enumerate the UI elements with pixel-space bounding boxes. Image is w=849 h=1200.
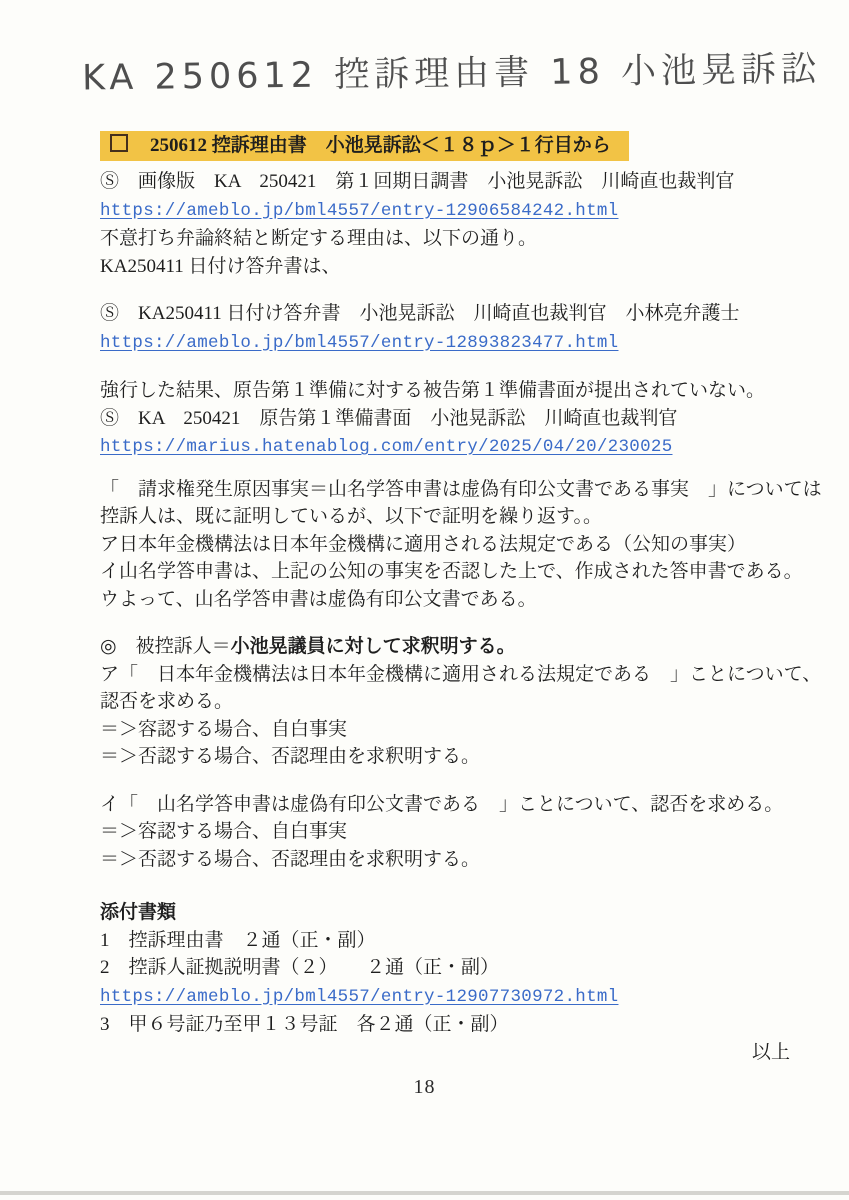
spacer [100, 462, 806, 476]
link-hatenablog-230025[interactable]: https://marius.hatenablog.com/entry/2025… [100, 437, 673, 457]
checkbox-icon [110, 134, 128, 152]
body-line: ＝＞否認する場合、否認理由を求釈明する。 [100, 846, 806, 874]
link-entry-12907730972[interactable]: https://ameblo.jp/bml4557/entry-12907730… [100, 987, 618, 1007]
handwritten-note: KA 250612 控訴理由書 18 小池晃訴訟 [82, 41, 821, 100]
body-line: 「 請求権発生原因事実＝山名学答申書は虚偽有印公文書である事実 」については [100, 476, 806, 504]
body-line: 不意打ち弁論終結と断定する理由は、以下の通り。 [100, 225, 806, 253]
body-line: ＝＞容認する場合、自白事実 [100, 716, 806, 744]
body-line: 強行した結果、原告第１準備に対する被告第１準備書面が提出されていない。 [100, 377, 806, 405]
attachments-heading: 添付書類 [100, 899, 806, 927]
spacer [100, 873, 806, 899]
attachment-item-3: 3 甲６号証乃至甲１３号証 各２通（正・副） [100, 1011, 806, 1039]
link-entry-12893823477[interactable]: https://ameblo.jp/bml4557/entry-12893823… [100, 333, 618, 353]
highlighted-title-bar: 250612 控訴理由書 小池晃訴訟＜１８ｐ＞１行目から [100, 131, 629, 161]
highlighted-title: 250612 控訴理由書 小池晃訴訟＜１８ｐ＞１行目から [150, 135, 611, 156]
body-line: ア日本年金機構法は日本年金機構に適用される法規定である（公知の事実） [100, 531, 806, 559]
spacer [100, 771, 806, 791]
reference-line-2: Ⓢ KA250411 日付け答弁書 小池晃訴訟 川崎直也裁判官 小林亮弁護士 [100, 300, 806, 328]
attachment-item-2: 2 控訴人証拠説明書（２） ２通（正・副） [100, 954, 806, 982]
body-line: 控訴人は、既に証明しているが、以下で証明を繰り返す。。 [100, 503, 806, 531]
link-entry-12906584242[interactable]: https://ameblo.jp/bml4557/entry-12906584… [100, 201, 618, 221]
demand-lead: ◎ 被控訴人＝ [100, 636, 231, 657]
body-line: ウよって、山名学答申書は虚偽有印公文書である。 [100, 586, 806, 614]
scanned-document-page: KA 250612 控訴理由書 18 小池晃訴訟 250612 控訴理由書 小池… [0, 0, 849, 1200]
reference-line-1: Ⓢ 画像版 KA 250421 第１回期日調書 小池晃訴訟 川崎直也裁判官 [100, 168, 806, 196]
body-line: ＝＞否認する場合、否認理由を求釈明する。 [100, 743, 806, 771]
spacer [100, 280, 806, 300]
spacer [100, 613, 806, 633]
body-line: ＝＞容認する場合、自白事実 [100, 818, 806, 846]
demand-lead-bold: 小池晃議員に対して求釈明する。 [231, 636, 516, 657]
body-line: 認否を求める。 [100, 688, 806, 716]
scan-edge-artifact [0, 1191, 849, 1195]
spacer [100, 357, 806, 377]
reference-line-3: Ⓢ KA 250421 原告第１準備書面 小池晃訴訟 川崎直也裁判官 [100, 405, 806, 433]
body-line: KA250411 日付け答弁書は、 [100, 253, 806, 281]
body-line: イ「 山名学答申書は虚偽有印公文書である 」ことについて、認否を求める。 [100, 791, 806, 819]
document-body: 250612 控訴理由書 小池晃訴訟＜１８ｐ＞１行目から Ⓢ 画像版 KA 25… [100, 131, 806, 1066]
attachment-item-1: 1 控訴理由書 ２通（正・副） [100, 927, 806, 955]
page-number: 18 [0, 1076, 849, 1099]
closing-text: 以上 [100, 1039, 806, 1067]
body-line: ア「 日本年金機構法は日本年金機構に適用される法規定である 」ことについて、 [100, 661, 806, 689]
demand-heading: ◎ 被控訴人＝小池晃議員に対して求釈明する。 [100, 633, 806, 661]
body-line: イ山名学答申書は、上記の公知の事実を否認した上で、作成された答申書である。 [100, 558, 806, 586]
